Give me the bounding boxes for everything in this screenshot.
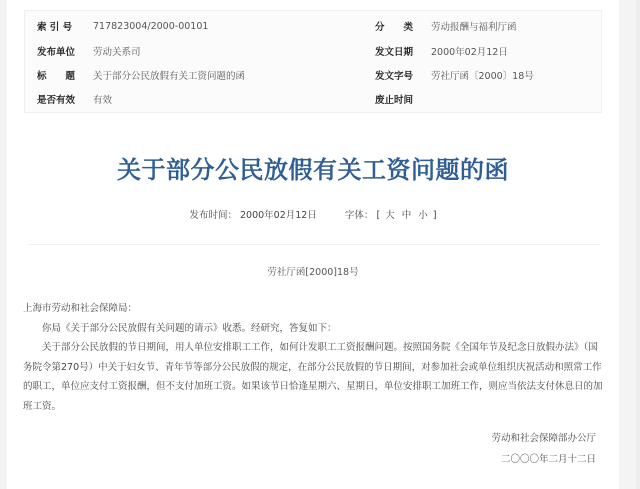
meta-label: 发文日期 <box>375 44 431 58</box>
meta-value: 关于部分公民放假有关工资问题的函 <box>93 68 245 82</box>
meta-validity: 是否有效 有效 <box>37 87 112 111</box>
addressee: 上海市劳动和社会保障局： <box>23 299 603 319</box>
meta-value: 劳动关系司 <box>93 44 141 58</box>
font-bracket-close: ] <box>433 210 437 221</box>
font-size-label: 字体： <box>345 210 374 221</box>
meta-index-number: 索 引 号 717823004/2000-00101 <box>37 14 208 38</box>
meta-value: 2000年02月12日 <box>431 44 508 58</box>
document-page: 索 引 号 717823004/2000-00101 发布单位 劳动关系司 标 … <box>7 0 619 489</box>
meta-issuing-unit: 发布单位 劳动关系司 <box>37 39 141 63</box>
signature-organization: 劳动和社会保障部办公厅 <box>491 428 596 449</box>
meta-title: 标 题 关于部分公民放假有关工资问题的函 <box>37 63 245 87</box>
meta-doc-number: 发文字号 劳社厅函〔2000〕18号 <box>375 63 534 87</box>
meta-label: 发布单位 <box>37 44 93 58</box>
signature-block: 劳动和社会保障部办公厅 二〇〇〇年二月十二日 <box>491 428 596 470</box>
font-size-medium-button[interactable]: 中 <box>402 210 412 221</box>
meta-issue-date: 发文日期 2000年02月12日 <box>375 39 508 63</box>
body-paragraph: 你局《关于部分公民放假有关问题的请示》收悉。经研究，答复如下： <box>23 319 603 339</box>
meta-label: 发文字号 <box>375 68 431 82</box>
meta-label: 分 类 <box>375 19 431 33</box>
metadata-box: 索 引 号 717823004/2000-00101 发布单位 劳动关系司 标 … <box>24 10 602 113</box>
divider <box>28 244 601 245</box>
meta-value: 有效 <box>93 92 112 106</box>
meta-repeal-time: 废止时间 <box>375 87 431 111</box>
page-gutter <box>636 0 640 489</box>
document-number: 劳社厅函[2000]18号 <box>7 264 619 278</box>
publish-info: 发布时间： 2000年02月12日 字体： [ 大 中 小 ] <box>7 207 619 221</box>
publish-date: 2000年02月12日 <box>240 210 317 221</box>
meta-label: 标 题 <box>37 68 93 82</box>
meta-label: 废止时间 <box>375 92 431 106</box>
meta-value: 劳动报酬与福利厅函 <box>431 19 517 33</box>
meta-label: 索 引 号 <box>37 19 93 33</box>
meta-value: 劳社厅函〔2000〕18号 <box>431 68 534 82</box>
body-paragraph: 关于部分公民放假的节日期间，用人单位安排职工工作，如何计发职工工资报酬问题。按照… <box>23 338 603 416</box>
font-size-large-button[interactable]: 大 <box>385 210 395 221</box>
document-title: 关于部分公民放假有关工资问题的函 <box>7 150 619 185</box>
meta-value: 717823004/2000-00101 <box>93 21 208 32</box>
font-size-small-button[interactable]: 小 <box>418 210 428 221</box>
document-body: 上海市劳动和社会保障局： 你局《关于部分公民放假有关问题的请示》收悉。经研究，答… <box>23 299 603 416</box>
publish-label: 发布时间： <box>189 210 237 221</box>
font-bracket-open: [ <box>376 210 380 221</box>
signature-date: 二〇〇〇年二月十二日 <box>491 449 596 470</box>
meta-category: 分 类 劳动报酬与福利厅函 <box>375 14 517 38</box>
meta-label: 是否有效 <box>37 92 93 106</box>
